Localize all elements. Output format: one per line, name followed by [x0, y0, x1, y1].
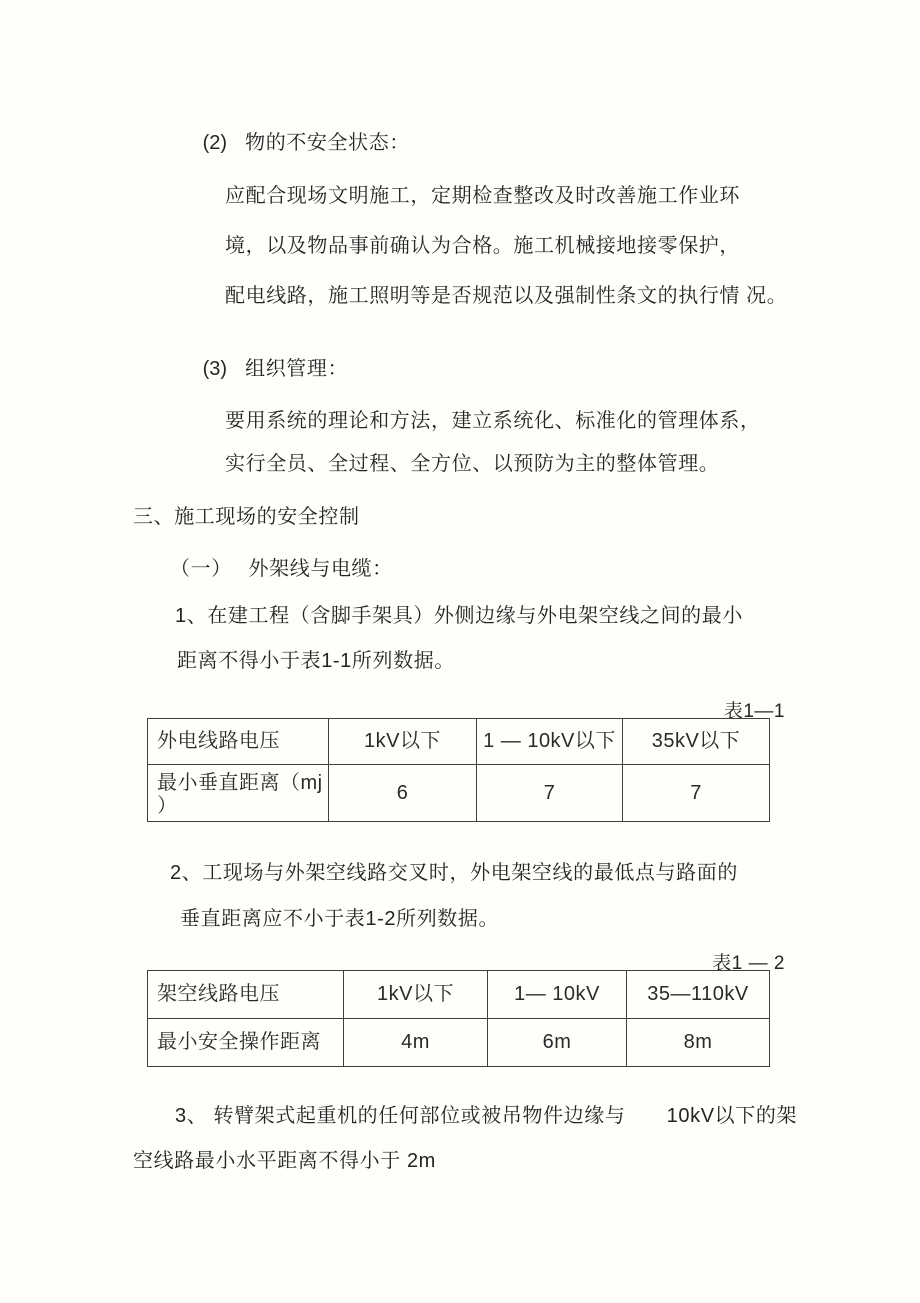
table-cell: 最小垂直距离（mj ） [148, 765, 329, 822]
table-cell: 6m [488, 1019, 627, 1067]
item-2-title: 物的不安全状态： [245, 132, 410, 154]
table-cell: 6 [329, 765, 477, 822]
table-cell: 8m [627, 1019, 770, 1067]
document-page: (2)物的不安全状态： 应配合现场文明施工，定期检查整改及时改善施工作业环 境，… [0, 0, 920, 1303]
table-cell: 最小安全操作距离 [148, 1019, 344, 1067]
point-2-line-2: 垂直距离应不小于表1-2所列数据。 [180, 908, 499, 930]
table-cell: 架空线路电压 [148, 971, 344, 1019]
item-2-number: (2) [203, 132, 227, 154]
table-row: 最小安全操作距离 4m 6m 8m [148, 1019, 770, 1067]
table-1: 外电线路电压 1kV以下 1 — 10kV以下 35kV以下 最小垂直距离（mj… [147, 718, 770, 822]
item-2-heading: (2)物的不安全状态： [178, 110, 410, 176]
paragraph-line: 境，以及物品事前确认为合格。施工机械接地接零保护， [225, 235, 787, 285]
point-1-line-1: 1、在建工程（含脚手架具）外侧边缘与外电架空线之间的最小 [175, 605, 743, 627]
section-3-title: 三、施工现场的安全控制 [133, 506, 360, 528]
table-row: 最小垂直距离（mj ） 6 7 7 [148, 765, 770, 822]
point-3-line-2: 空线路最小水平距离不得小于 2m [133, 1150, 436, 1172]
paragraph-line: 实行全员、全过程、全方位、以预防为主的整体管理。 [225, 453, 761, 496]
table-row: 外电线路电压 1kV以下 1 — 10kV以下 35kV以下 [148, 719, 770, 765]
table-cell: 1 — 10kV以下 [477, 719, 623, 765]
paragraph-line: 配电线路，施工照明等是否规范以及强制性条文的执行情 况。 [225, 285, 787, 335]
item-2-paragraph: 应配合现场文明施工，定期检查整改及时改善施工作业环 境，以及物品事前确认为合格。… [225, 185, 787, 335]
table-cell: 1kV以下 [329, 719, 477, 765]
table-cell: 35—110kV [627, 971, 770, 1019]
table-row: 架空线路电压 1kV以下 1— 10kV 35—110kV [148, 971, 770, 1019]
point-3-line-1: 3、 转臂架式起重机的任何部位或被吊物件边缘与 10kV以下的架 [175, 1105, 797, 1127]
paragraph-line: 要用系统的理论和方法，建立系统化、标准化的管理体系， [225, 410, 761, 453]
table-cell: 外电线路电压 [148, 719, 329, 765]
table-cell: 35kV以下 [623, 719, 770, 765]
table-cell: 4m [344, 1019, 488, 1067]
subsection-1-title: （一） 外架线与电缆： [170, 558, 393, 580]
point-2-line-1: 2、工现场与外架空线路交叉时，外电架空线的最低点与路面的 [170, 862, 738, 884]
table-2: 架空线路电压 1kV以下 1— 10kV 35—110kV 最小安全操作距离 4… [147, 970, 770, 1067]
item-3-paragraph: 要用系统的理论和方法，建立系统化、标准化的管理体系， 实行全员、全过程、全方位、… [225, 410, 761, 496]
item-3-title: 组织管理： [245, 358, 348, 380]
item-3-number: (3) [203, 358, 227, 380]
table-cell: 7 [623, 765, 770, 822]
table-cell: 7 [477, 765, 623, 822]
paragraph-line: 应配合现场文明施工，定期检查整改及时改善施工作业环 [225, 185, 787, 235]
table-cell: 1kV以下 [344, 971, 488, 1019]
item-3-heading: (3)组织管理： [178, 336, 348, 402]
table-cell: 1— 10kV [488, 971, 627, 1019]
point-1-line-2: 距离不得小于表1-1所列数据。 [177, 650, 455, 672]
